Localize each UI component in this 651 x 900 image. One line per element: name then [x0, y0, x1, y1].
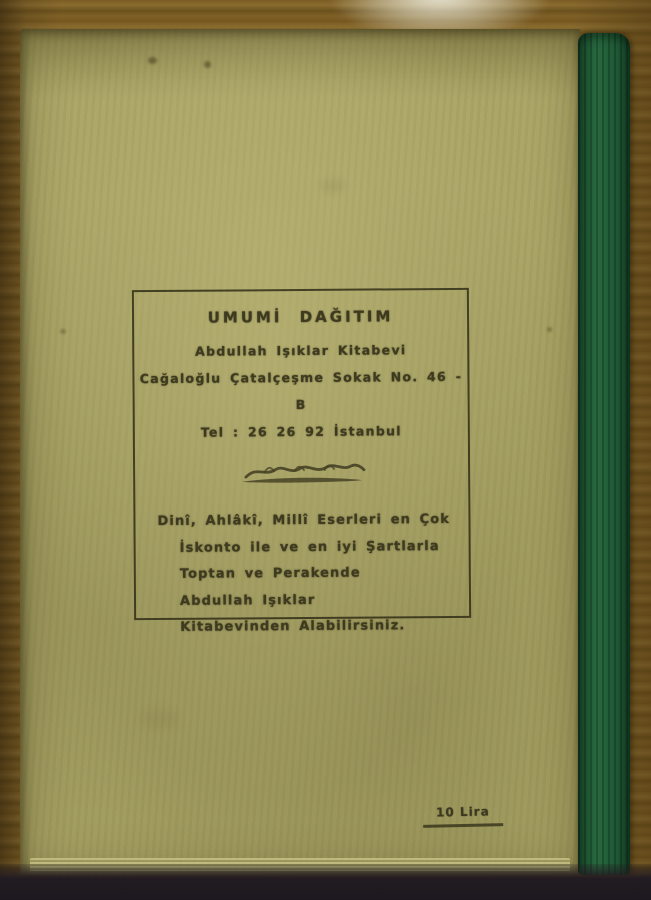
table-shadow: [0, 864, 651, 900]
address-block: Abdullah Işıklar Kitabevi Cağaloğlu Çata…: [134, 336, 468, 446]
address-line: Tel : 26 26 92 İstanbul: [135, 417, 468, 446]
paper-stain: [547, 327, 552, 332]
distribution-info-box: UMUMİ DAĞITIM Abdullah Işıklar Kitabevi …: [132, 288, 471, 620]
promo-line: Toptan ve Perakende: [136, 560, 469, 589]
address-line: Cağaloğlu Çatalçeşme Sokak No. 46 - B: [134, 363, 467, 419]
promo-line: Abdullah Işıklar: [136, 586, 469, 615]
address-line: Abdullah Işıklar Kitabevi: [134, 336, 467, 365]
promo-line: İskonto ile ve en iyi Şartlarla: [136, 533, 469, 562]
flourish-ornament-icon: [236, 458, 368, 489]
paper-stain: [320, 179, 346, 193]
photo-book-back-cover: UMUMİ DAĞITIM Abdullah Işıklar Kitabevi …: [0, 0, 651, 900]
promo-line: Kitabevinden Alabilirsiniz.: [136, 613, 469, 642]
paper-stain: [60, 329, 66, 334]
promo-block: Dinî, Ahlâkî, Millî Eserleri en Çok İsko…: [135, 507, 469, 642]
price-label: 10 Lira: [423, 804, 503, 828]
book-spine: [578, 33, 630, 875]
book-back-cover: UMUMİ DAĞITIM Abdullah Işıklar Kitabevi …: [20, 29, 630, 875]
distribution-title: UMUMİ DAĞITIM: [134, 307, 467, 327]
paper-stain: [204, 61, 211, 68]
paper-stain: [148, 57, 157, 64]
promo-line: Dinî, Ahlâkî, Millî Eserleri en Çok: [135, 507, 468, 536]
paper-stain: [140, 709, 180, 729]
